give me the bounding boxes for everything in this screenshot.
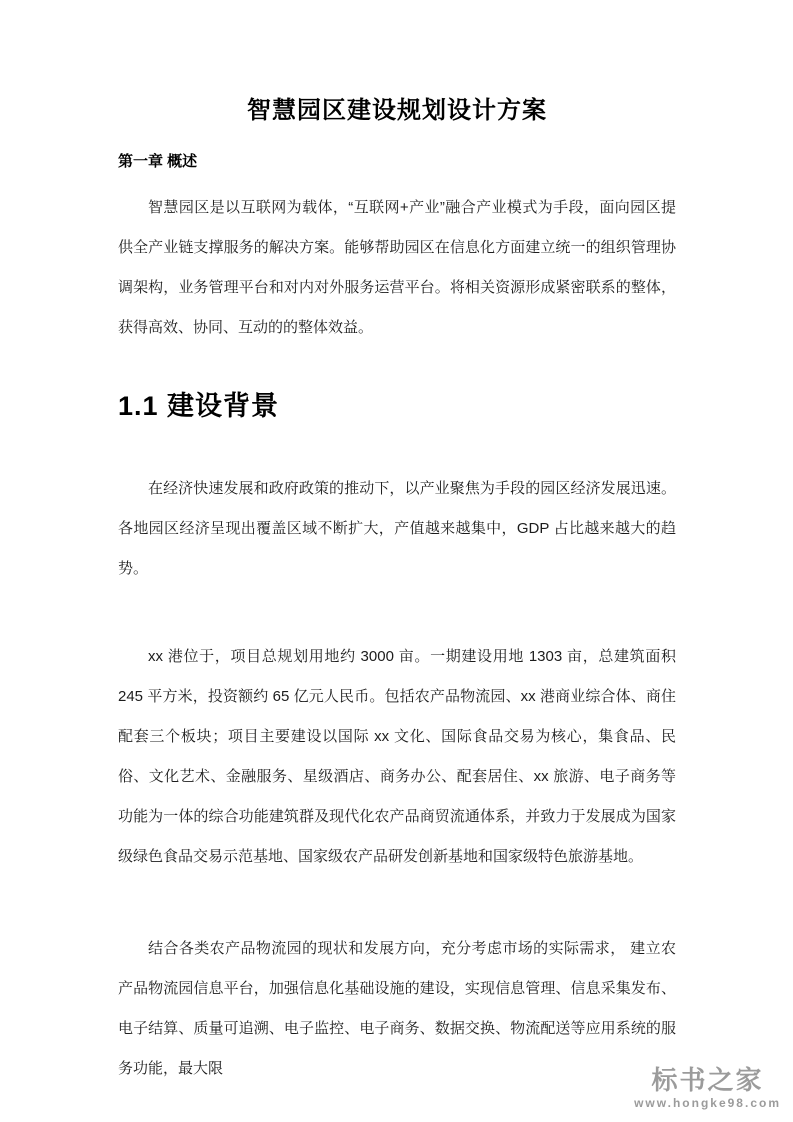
watermark: 标书之家 www.hongke98.com: [634, 1066, 781, 1110]
chapter-heading: 第一章 概述: [118, 151, 676, 173]
section-paragraph-2: xx 港位于，项目总规划用地约 3000 亩。一期建设用地 1303 亩，总建筑…: [118, 637, 676, 877]
document-title: 智慧园区建设规划设计方案: [118, 95, 676, 127]
document-page: 智慧园区建设规划设计方案 第一章 概述 智慧园区是以互联网为载体，“互联网+产业…: [0, 0, 793, 1122]
section-paragraph-1: 在经济快速发展和政府政策的推动下，以产业聚焦为手段的园区经济发展迅速。各地园区经…: [118, 469, 676, 589]
section-heading: 1.1 建设背景: [118, 388, 676, 425]
document-content: 智慧园区建设规划设计方案 第一章 概述 智慧园区是以互联网为载体，“互联网+产业…: [118, 0, 676, 1089]
section-paragraph-3: 结合各类农产品物流园的现状和发展方向，充分考虑市场的实际需求， 建立农产品物流园…: [118, 929, 676, 1089]
chapter-intro-paragraph: 智慧园区是以互联网为载体，“互联网+产业”融合产业模式为手段，面向园区提供全产业…: [118, 188, 676, 348]
watermark-brand-logo: 标书之家: [634, 1066, 781, 1094]
watermark-url: www.hongke98.com: [634, 1096, 781, 1110]
